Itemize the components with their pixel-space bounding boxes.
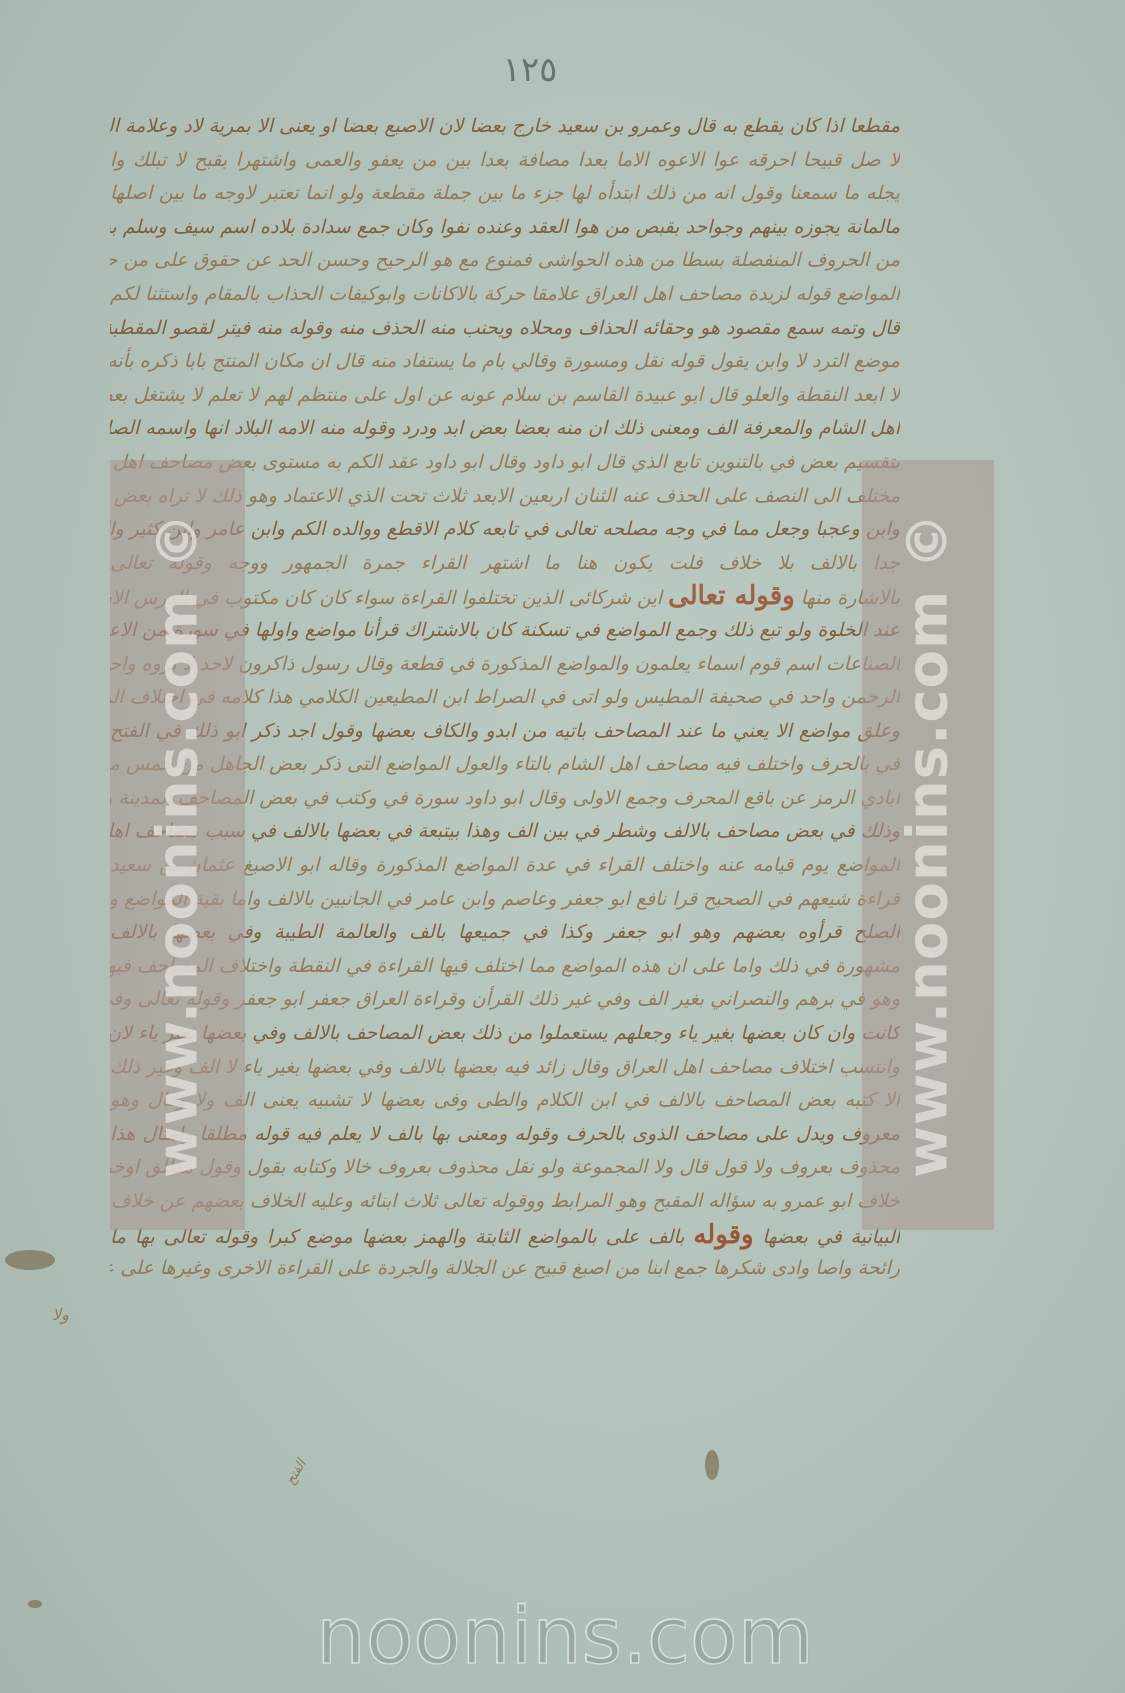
manuscript-line: المواضع قوله لزيدة مصاحف اهل العراق علام… — [110, 278, 900, 312]
margin-note: ولا — [52, 1305, 69, 1324]
watermark-band-left: www.noonins.com © — [110, 460, 245, 1230]
bottom-watermark: noonins.com — [255, 1592, 875, 1682]
manuscript-line: مالمانة يجوزه بينهم وجواحد بقبص من هوا ا… — [110, 211, 900, 245]
rubric-heading: وقوله — [693, 1220, 753, 1250]
folio-number: ١٢٥ — [470, 50, 590, 90]
manuscript-page: ١٢٥ مقطعا اذا كان يقطع به قال وعمرو بن س… — [0, 0, 1125, 1693]
manuscript-line: موضع الترد لا وابن يقول قوله نقل ومسورة … — [110, 345, 900, 379]
rubric-heading: وقوله تعالى — [668, 581, 795, 611]
manuscript-line: لا ابعد النقطة والعلو قال ابو عبيدة القا… — [110, 379, 900, 413]
watermark-text: www.noonins.com © — [145, 512, 210, 1178]
manuscript-line: رائحة واصا وادى شكرها جمع ابنا من اصبغ ق… — [110, 1252, 900, 1286]
ink-stain — [5, 1250, 55, 1270]
manuscript-line: يجله ما سمعنا وقول انه من ذلك ابتدأه لها… — [110, 177, 900, 211]
ink-stain — [28, 1600, 42, 1608]
watermark-band-right: www.noonins.com © — [862, 460, 994, 1230]
margin-note: الفتح — [283, 1457, 309, 1487]
watermark-text: www.noonins.com © — [896, 512, 961, 1178]
manuscript-line: اهل الشام والمعرفة الف ومعنى ذلك ان منه … — [110, 412, 900, 446]
manuscript-line: مقطعا اذا كان يقطع به قال وعمرو بن سعيد … — [110, 110, 900, 144]
manuscript-line: لا صل قبيحا احرقه عوا الاعوه الاما بعدا … — [110, 144, 900, 178]
ink-stain — [705, 1450, 719, 1480]
manuscript-line: قال وتمه سمع مقصود هو وحقائه الحذاف ومحل… — [110, 312, 900, 346]
manuscript-line: من الحروف المنفصلة بسطا من هذه الحواشى ف… — [110, 244, 900, 278]
